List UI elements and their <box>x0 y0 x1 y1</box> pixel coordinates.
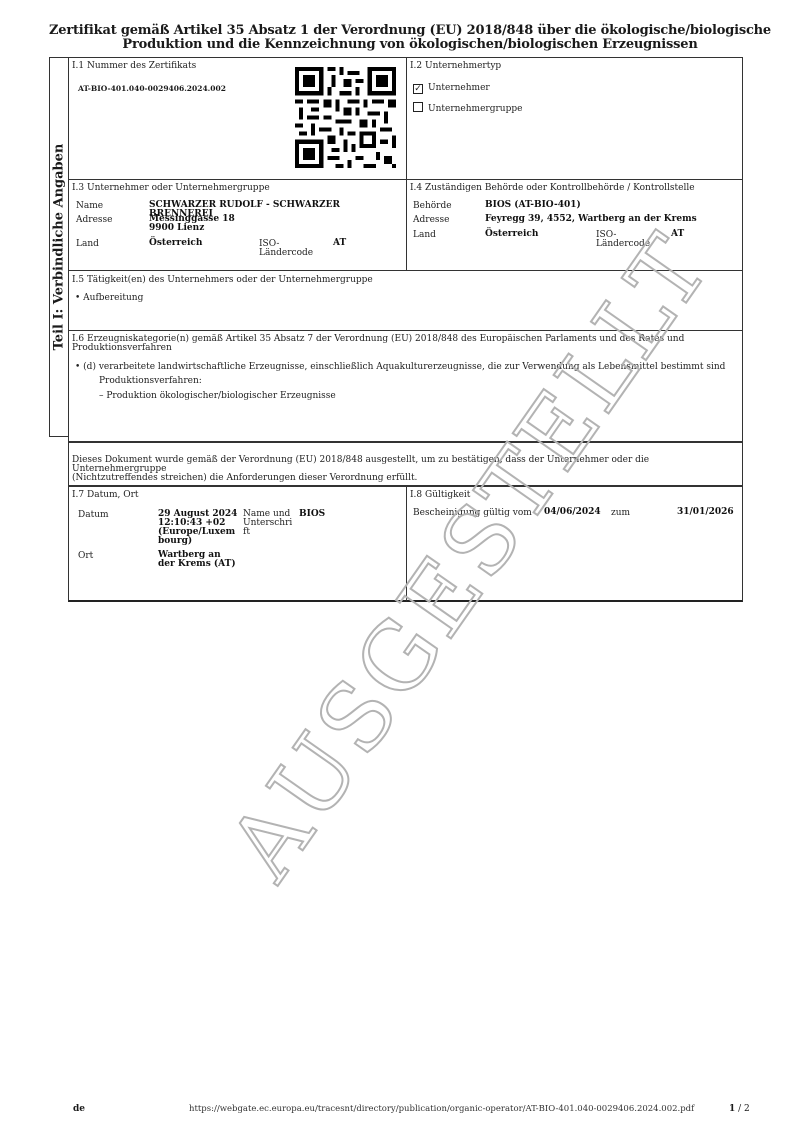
signature-key-line: Unterschri <box>243 519 292 528</box>
section-label: I.4 Zuständigen Behörde oder Kontrollbeh… <box>410 183 695 194</box>
signature-value: BIOS <box>299 510 325 519</box>
page-separator: / <box>735 1104 744 1114</box>
section-label: I.5 Tätigkeit(en) des Unternehmers oder … <box>72 275 373 286</box>
option-operator[interactable]: ✓Unternehmer <box>413 83 490 93</box>
section-label: I.3 Unternehmer oder Unternehmergruppe <box>72 183 270 194</box>
checkbox-checked-icon[interactable]: ✓ <box>413 84 423 94</box>
production-method: – Produktion ökologischer/biologischer E… <box>99 391 336 401</box>
side-label-box: Teil I: Verbindliche Angaben <box>49 57 68 437</box>
activity-item: • Aufbereitung <box>75 293 143 303</box>
place-key: Ort <box>78 551 93 561</box>
footer-url[interactable]: https://webgate.ec.europa.eu/tracesnt/di… <box>189 1104 694 1114</box>
signature-key: Name und Unterschri ft <box>243 510 292 537</box>
address-key: Adresse <box>413 215 449 225</box>
address-key: Adresse <box>76 215 112 225</box>
title-line-2: Produktion und die Kennzeichnung von öko… <box>40 38 780 52</box>
section-label: I.7 Datum, Ort <box>72 490 139 501</box>
page-total: 2 <box>744 1104 750 1114</box>
issue-place: Wartberg an der Krems (AT) <box>158 551 236 569</box>
statement-line-2: (Nichtzutreffendes streichen) die Anford… <box>72 474 742 483</box>
section-label: I.2 Unternehmertyp <box>410 61 501 72</box>
section-label-line-2: Produktionsverfahren <box>72 344 684 353</box>
statement-text: Dieses Dokument wurde gemäß der Verordnu… <box>72 456 742 483</box>
valid-to-key: zum <box>611 508 630 518</box>
section-label: I.1 Nummer des Zertifikats <box>72 61 196 72</box>
authority-address: Feyregg 39, 4552, Wartberg an der Krems <box>485 215 697 224</box>
section-validity: I.8 Gültigkeit Bescheinigung gültig vom … <box>406 485 743 602</box>
valid-from-key: Bescheinigung gültig vom <box>413 508 532 518</box>
section-authority: I.4 Zuständigen Behörde oder Kontrollbeh… <box>406 179 743 271</box>
country-key: Land <box>76 239 99 249</box>
section-label: I.6 Erzeugniskategorie(n) gemäß Artikel … <box>72 335 684 353</box>
statement-line-1: Dieses Dokument wurde gemäß der Verordnu… <box>72 456 742 474</box>
authority-country: Österreich <box>485 230 538 239</box>
section-operator: I.3 Unternehmer oder Unternehmergruppe N… <box>68 179 407 271</box>
certificate-number: AT-BIO-401.040-0029406.2024.002 <box>78 84 226 93</box>
checkbox-unchecked-icon[interactable] <box>413 102 423 112</box>
iso-key-line-2: Ländercode <box>596 239 650 249</box>
production-method-heading: Produktionsverfahren: <box>99 376 202 386</box>
valid-to-date: 31/01/2026 <box>677 508 734 517</box>
section-product-categories: I.6 Erzeugniskategorie(n) gemäß Artikel … <box>68 330 743 442</box>
footer-language: de <box>73 1104 85 1114</box>
statement-box: Dieses Dokument wurde gemäß der Verordnu… <box>68 441 743 486</box>
document-title: Zertifikat gemäß Artikel 35 Absatz 1 der… <box>40 24 780 52</box>
signature-key-line: ft <box>243 528 292 537</box>
section-activities: I.5 Tätigkeit(en) des Unternehmers oder … <box>68 270 743 331</box>
option-label: Unternehmer <box>428 83 490 93</box>
country-key: Land <box>413 230 436 240</box>
option-label: Unternehmergruppe <box>428 104 522 114</box>
name-key: Name <box>76 201 103 211</box>
authority-name: BIOS (AT-BIO-401) <box>485 201 581 210</box>
iso-key-line-2: Ländercode <box>259 248 313 258</box>
date-key: Datum <box>78 510 109 520</box>
section-operator-type: I.2 Unternehmertyp ✓Unternehmer Unterneh… <box>406 57 743 180</box>
option-operator-group[interactable]: Unternehmergruppe <box>413 101 522 114</box>
place-line: der Krems (AT) <box>158 560 236 569</box>
section-date-place: I.7 Datum, Ort Datum 29 August 2024 12:1… <box>68 485 407 602</box>
qr-code-icon <box>295 67 396 168</box>
authority-iso-code: AT <box>671 230 684 239</box>
side-label: Teil I: Verbindliche Angaben <box>52 144 67 351</box>
operator-iso-code: AT <box>333 239 346 248</box>
authority-key: Behörde <box>413 201 452 211</box>
date-line: bourg) <box>158 537 237 546</box>
operator-address-line-2: 9900 Lienz <box>149 224 204 233</box>
product-category: • (d) verarbeitete landwirtschaftliche E… <box>75 362 725 372</box>
page-indicator: 1 / 2 <box>729 1104 750 1114</box>
valid-from-date: 04/06/2024 <box>544 508 601 517</box>
title-line-1: Zertifikat gemäß Artikel 35 Absatz 1 der… <box>40 24 780 38</box>
section-label: I.8 Gültigkeit <box>410 490 470 501</box>
issue-date: 29 August 2024 12:10:43 +02 (Europe/Luxe… <box>158 510 237 546</box>
operator-country: Österreich <box>149 239 202 248</box>
